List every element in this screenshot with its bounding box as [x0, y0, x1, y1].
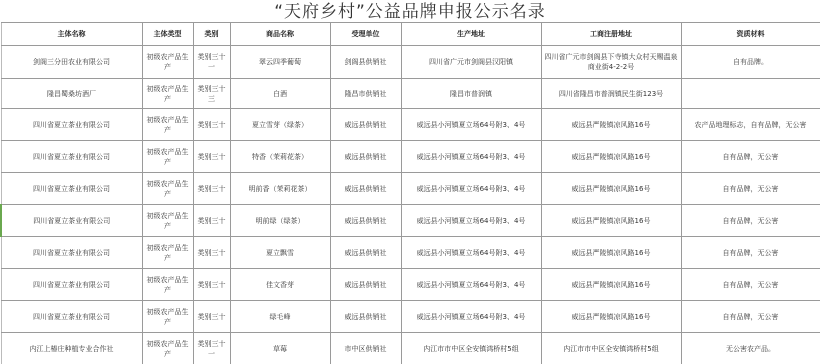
cell-production-address: 威远县小河镇夏立场64号附3、4号 [401, 205, 541, 237]
cell-production-address: 内江市市中区全安镇鸿桥村5组 [401, 333, 541, 364]
cell-entity-type: 初级农产品生产 [142, 205, 193, 237]
cell-entity-name: 剑阁三分田农业有限公司 [1, 46, 142, 79]
table-row: 隆昌蜀桑坊酒厂 初级农产品生产 类别三十三 白酒 隆昌市供销社 隆昌市普润镇 四… [1, 79, 820, 109]
table-row: 四川省夏立茶业有限公司 初级农产品生产 类别三十 夏立雪芽（绿茶） 威远县供销社… [1, 109, 820, 141]
cell-category: 类别三十 [193, 237, 230, 269]
cell-entity-type: 初级农产品生产 [142, 141, 193, 173]
header-accepting-unit: 受理单位 [330, 23, 401, 46]
table-row: 四川省夏立茶业有限公司 初级农产品生产 类别三十 明前香（茉莉花茶） 威远县供销… [1, 173, 820, 205]
table-header-row: 主体名称 主体类型 类别 商品名称 受理单位 生产地址 工商注册地址 资质材料 [1, 23, 820, 46]
cell-registered-address: 四川省隆昌市普润镇民生街123号 [541, 79, 681, 109]
cell-entity-type: 初级农产品生产 [142, 301, 193, 333]
cell-accepting-unit: 威远县供销社 [330, 301, 401, 333]
header-product-name: 商品名称 [230, 23, 330, 46]
cell-product-name: 佳文香芽 [230, 269, 330, 301]
cell-product-name: 明前香（茉莉花茶） [230, 173, 330, 205]
cell-accepting-unit: 威远县供销社 [330, 141, 401, 173]
cell-accepting-unit: 威远县供销社 [330, 237, 401, 269]
cell-category: 类别三十 [193, 301, 230, 333]
cell-registered-address: 威远县严陵镇凉风路16号 [541, 109, 681, 141]
cell-qualifications: 自有品牌，无公害 [681, 301, 820, 333]
cell-registered-address: 威远县严陵镇凉风路16号 [541, 141, 681, 173]
cell-entity-type: 初级农产品生产 [142, 333, 193, 364]
cell-accepting-unit: 威远县供销社 [330, 205, 401, 237]
cell-registered-address: 四川省广元市剑阁县下寺镇大众村天赐温泉商业街4-2-2号 [541, 46, 681, 79]
cell-production-address: 威远县小河镇夏立场64号附3、4号 [401, 173, 541, 205]
header-entity-name: 主体名称 [1, 23, 142, 46]
cell-production-address: 威远县小河镇夏立场64号附3、4号 [401, 141, 541, 173]
cell-product-name: 草莓 [230, 333, 330, 364]
table-row: 四川省夏立茶业有限公司 初级农产品生产 类别三十 佳文香芽 威远县供销社 威远县… [1, 269, 820, 301]
cell-production-address: 隆昌市普润镇 [401, 79, 541, 109]
cell-product-name: 夏立飘雪 [230, 237, 330, 269]
header-entity-type: 主体类型 [142, 23, 193, 46]
table-row: 内江上椿庄种植专业合作社 初级农产品生产 类别三十一 草莓 市中区供销社 内江市… [1, 333, 820, 364]
cell-entity-name: 四川省夏立茶业有限公司 [1, 301, 142, 333]
cell-production-address: 威远县小河镇夏立场64号附3、4号 [401, 301, 541, 333]
cell-product-name: 特香（茉莉花茶） [230, 141, 330, 173]
cell-production-address: 威远县小河镇夏立场64号附3、4号 [401, 237, 541, 269]
cell-production-address: 威远县小河镇夏立场64号附3、4号 [401, 269, 541, 301]
cell-qualifications: 自有品牌。 [681, 46, 820, 79]
cell-entity-name: 四川省夏立茶业有限公司 [1, 237, 142, 269]
cell-category: 类别三十一 [193, 333, 230, 364]
cell-product-name: 白酒 [230, 79, 330, 109]
cell-registered-address: 内江市市中区全安镇鸿桥村5组 [541, 333, 681, 364]
cell-production-address: 四川省广元市剑阁县汉阳镇 [401, 46, 541, 79]
header-category: 类别 [193, 23, 230, 46]
cell-entity-type: 初级农产品生产 [142, 269, 193, 301]
table-row: 四川省夏立茶业有限公司 初级农产品生产 类别三十 特香（茉莉花茶） 威远县供销社… [1, 141, 820, 173]
header-qualifications: 资质材料 [681, 23, 820, 46]
cell-entity-type: 初级农产品生产 [142, 109, 193, 141]
cell-registered-address: 威远县严陵镇凉风路16号 [541, 301, 681, 333]
cell-entity-name: 隆昌蜀桑坊酒厂 [1, 79, 142, 109]
cell-category: 类别三十 [193, 269, 230, 301]
cell-qualifications: 自有品牌，无公害 [681, 141, 820, 173]
header-registered-address: 工商注册地址 [541, 23, 681, 46]
cell-qualifications: 自有品牌，无公害 [681, 205, 820, 237]
cell-category: 类别三十一 [193, 46, 230, 79]
cell-entity-name: 四川省夏立茶业有限公司 [1, 109, 142, 141]
cell-entity-name: 四川省夏立茶业有限公司 [1, 269, 142, 301]
cell-category: 类别三十 [193, 141, 230, 173]
cell-registered-address: 威远县严陵镇凉风路16号 [541, 269, 681, 301]
cell-entity-name: 四川省夏立茶业有限公司 [1, 205, 142, 237]
cell-category: 类别三十 [193, 173, 230, 205]
cell-registered-address: 威远县严陵镇凉风路16号 [541, 237, 681, 269]
cell-category: 类别三十 [193, 109, 230, 141]
cell-qualifications: 自有品牌，无公害 [681, 269, 820, 301]
table-row: 剑阁三分田农业有限公司 初级农产品生产 类别三十一 翠云四季葡萄 剑阁县供销社 … [1, 46, 820, 79]
cell-production-address: 威远县小河镇夏立场64号附3、4号 [401, 109, 541, 141]
cell-entity-name: 四川省夏立茶业有限公司 [1, 141, 142, 173]
cell-qualifications: 无公害农产品。 [681, 333, 820, 364]
brand-list-table: 主体名称 主体类型 类别 商品名称 受理单位 生产地址 工商注册地址 资质材料 … [0, 22, 820, 364]
table-row: 四川省夏立茶业有限公司 初级农产品生产 类别三十 绿毛峰 威远县供销社 威远县小… [1, 301, 820, 333]
cell-category: 类别三十 [193, 205, 230, 237]
cell-qualifications [681, 79, 820, 109]
cell-qualifications: 自有品牌，无公害 [681, 173, 820, 205]
cell-accepting-unit: 威远县供销社 [330, 269, 401, 301]
header-production-address: 生产地址 [401, 23, 541, 46]
cell-qualifications: 自有品牌，无公害 [681, 237, 820, 269]
table-row: 四川省夏立茶业有限公司 初级农产品生产 类别三十 夏立飘雪 威远县供销社 威远县… [1, 237, 820, 269]
cell-product-name: 绿毛峰 [230, 301, 330, 333]
cell-registered-address: 威远县严陵镇凉风路16号 [541, 205, 681, 237]
cell-registered-address: 威远县严陵镇凉风路16号 [541, 173, 681, 205]
cell-qualifications: 农产品地理标志，自有品牌，无公害 [681, 109, 820, 141]
cell-entity-name: 内江上椿庄种植专业合作社 [1, 333, 142, 364]
cell-entity-type: 初级农产品生产 [142, 46, 193, 79]
cell-entity-name: 四川省夏立茶业有限公司 [1, 173, 142, 205]
cell-accepting-unit: 威远县供销社 [330, 109, 401, 141]
cell-product-name: 明前绿（绿茶） [230, 205, 330, 237]
cell-product-name: 翠云四季葡萄 [230, 46, 330, 79]
cell-entity-type: 初级农产品生产 [142, 237, 193, 269]
cell-product-name: 夏立雪芽（绿茶） [230, 109, 330, 141]
cell-entity-type: 初级农产品生产 [142, 79, 193, 109]
cell-accepting-unit: 隆昌市供销社 [330, 79, 401, 109]
cell-category: 类别三十三 [193, 79, 230, 109]
cell-entity-type: 初级农产品生产 [142, 173, 193, 205]
cell-accepting-unit: 剑阁县供销社 [330, 46, 401, 79]
cell-accepting-unit: 威远县供销社 [330, 173, 401, 205]
table-row: 四川省夏立茶业有限公司 初级农产品生产 类别三十 明前绿（绿茶） 威远县供销社 … [1, 205, 820, 237]
page-title: “天府乡村”公益品牌申报公示名录 [0, 0, 820, 22]
cell-accepting-unit: 市中区供销社 [330, 333, 401, 364]
